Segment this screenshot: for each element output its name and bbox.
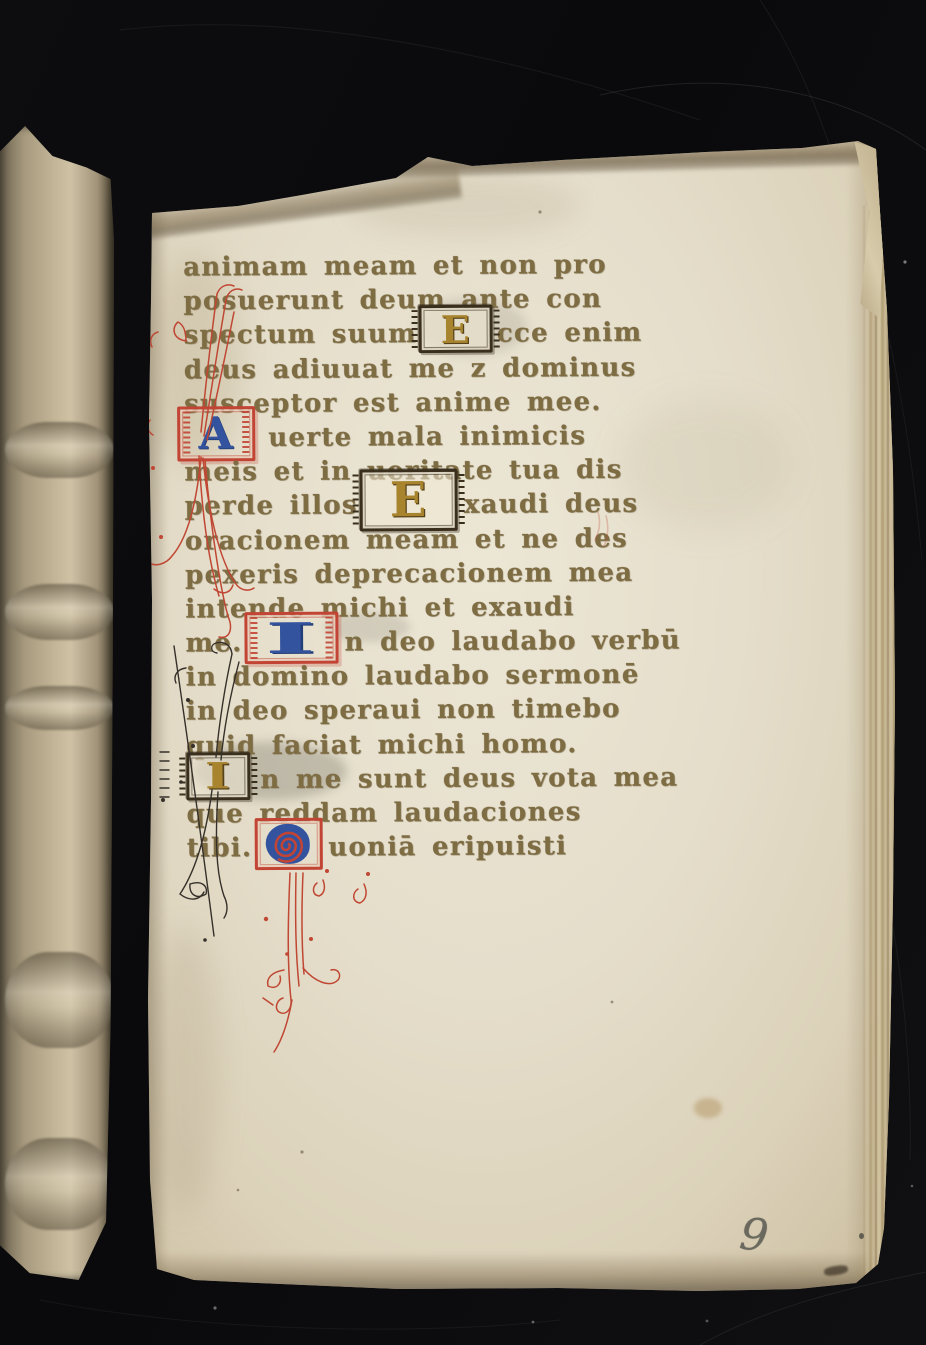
margin-penwork <box>0 0 926 1345</box>
sewing-ridge <box>5 952 114 1048</box>
red-penwork-flourish <box>148 285 254 637</box>
ink-specks <box>237 210 614 1191</box>
manuscript-photograph: animam meam et non pro posuerunt deum an… <box>0 0 926 1345</box>
sewing-ridge <box>5 686 114 730</box>
sewing-ridge <box>5 584 114 640</box>
pencil-dot <box>859 1233 864 1239</box>
parchment-page: animam meam et non pro posuerunt deum an… <box>0 0 926 1345</box>
sewing-ridge <box>5 1138 114 1230</box>
book-spine-edge <box>0 126 114 1280</box>
red-penwork-descender <box>263 869 370 1052</box>
red-bleedthrough <box>595 512 608 546</box>
sewing-ridge <box>5 422 114 478</box>
black-penwork-flourish <box>160 642 239 941</box>
